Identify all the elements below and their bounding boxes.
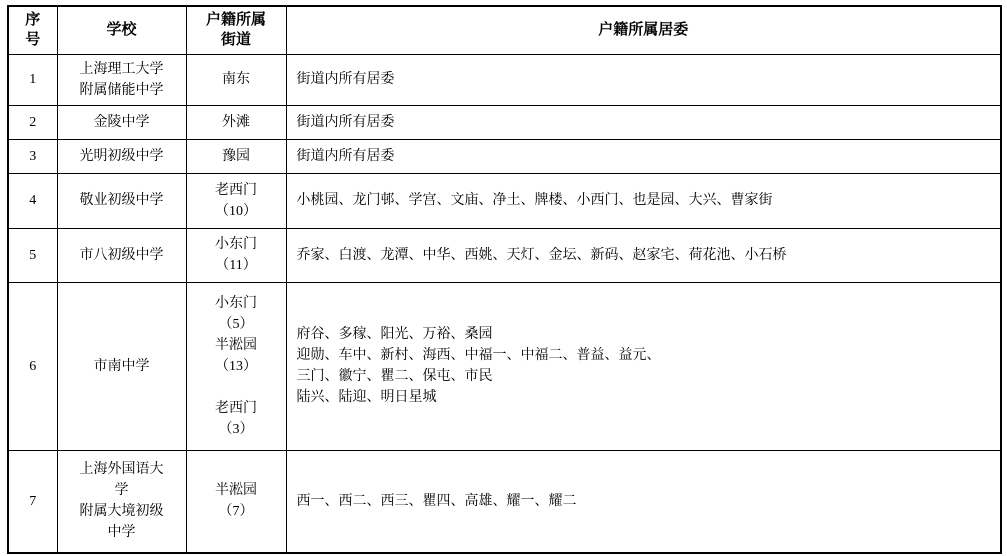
table-row: 1 上海理工大学 附属储能中学 南东 街道内所有居委 (8, 54, 1001, 105)
serial-number-cell: 6 (8, 282, 57, 450)
serial-number-cell: 5 (8, 228, 57, 282)
table-row: 3 光明初级中学 豫园 街道内所有居委 (8, 139, 1001, 173)
table-header-row: 序 号 学校 户籍所属 街道 户籍所属居委 (8, 6, 1001, 54)
street-cell: 小东门 （5） 半淞园 （13） 老西门 （3） (186, 282, 286, 450)
table-row: 7 上海外国语大 学 附属大境初级 中学 半淞园 （7） 西一、西二、西三、瞿四… (8, 450, 1001, 553)
header-registered-committees: 户籍所属居委 (286, 6, 1001, 54)
school-cell: 光明初级中学 (57, 139, 186, 173)
committees-cell: 西一、西二、西三、瞿四、高雄、耀一、耀二 (286, 450, 1001, 553)
table-row: 5 市八初级中学 小东门 （11） 乔家、白渡、龙潭、中华、西姚、天灯、金坛、新… (8, 228, 1001, 282)
serial-number-cell: 4 (8, 173, 57, 228)
school-cell: 金陵中学 (57, 105, 186, 139)
table-row: 4 敬业初级中学 老西门 （10） 小桃园、龙门邨、学宫、文庙、净土、牌楼、小西… (8, 173, 1001, 228)
street-cell: 半淞园 （7） (186, 450, 286, 553)
school-cell: 市南中学 (57, 282, 186, 450)
serial-number-cell: 7 (8, 450, 57, 553)
header-serial-number: 序 号 (8, 6, 57, 54)
table-row: 6 市南中学 小东门 （5） 半淞园 （13） 老西门 （3） 府谷、多稼、阳光… (8, 282, 1001, 450)
school-cell: 敬业初级中学 (57, 173, 186, 228)
header-school: 学校 (57, 6, 186, 54)
school-cell: 市八初级中学 (57, 228, 186, 282)
committees-cell: 街道内所有居委 (286, 139, 1001, 173)
school-cell: 上海外国语大 学 附属大境初级 中学 (57, 450, 186, 553)
header-registered-street: 户籍所属 街道 (186, 6, 286, 54)
serial-number-cell: 1 (8, 54, 57, 105)
serial-number-cell: 2 (8, 105, 57, 139)
school-street-committee-table: 序 号 学校 户籍所属 街道 户籍所属居委 1 上海理工大学 附属储能中学 南东… (7, 5, 1002, 554)
street-cell: 豫园 (186, 139, 286, 173)
street-cell: 老西门 （10） (186, 173, 286, 228)
street-cell: 小东门 （11） (186, 228, 286, 282)
school-cell: 上海理工大学 附属储能中学 (57, 54, 186, 105)
serial-number-cell: 3 (8, 139, 57, 173)
committees-cell: 小桃园、龙门邨、学宫、文庙、净土、牌楼、小西门、也是园、大兴、曹家街 (286, 173, 1001, 228)
committees-cell: 街道内所有居委 (286, 105, 1001, 139)
street-cell: 南东 (186, 54, 286, 105)
committees-cell: 府谷、多稼、阳光、万裕、桑园 迎勋、车中、新村、海西、中福一、中福二、普益、益元… (286, 282, 1001, 450)
committees-cell: 街道内所有居委 (286, 54, 1001, 105)
street-cell: 外滩 (186, 105, 286, 139)
table-row: 2 金陵中学 外滩 街道内所有居委 (8, 105, 1001, 139)
committees-cell: 乔家、白渡、龙潭、中华、西姚、天灯、金坛、新码、赵家宅、荷花池、小石桥 (286, 228, 1001, 282)
